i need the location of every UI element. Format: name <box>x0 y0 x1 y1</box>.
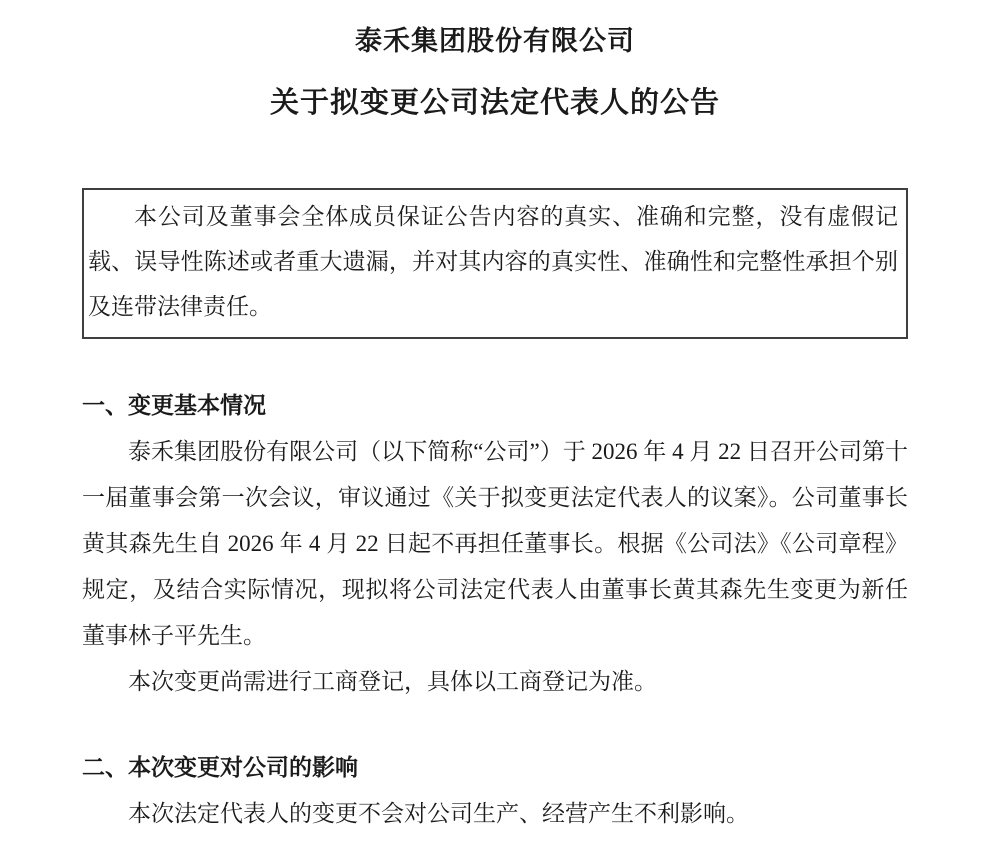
disclaimer-text: 本公司及董事会全体成员保证公告内容的真实、准确和完整，没有虚假记载、误导性陈述或… <box>88 194 898 329</box>
section-2-paragraph-1: 本次法定代表人的变更不会对公司生产、经营产生不利影响。 <box>82 791 908 837</box>
announcement-title: 关于拟变更公司法定代表人的公告 <box>82 82 908 124</box>
section-1-heading: 一、变更基本情况 <box>82 383 908 429</box>
section-impact: 二、本次变更对公司的影响 本次法定代表人的变更不会对公司生产、经营产生不利影响。 <box>82 745 908 837</box>
section-1-paragraph-2: 本次变更尚需进行工商登记，具体以工商登记为准。 <box>82 659 908 705</box>
section-2-heading: 二、本次变更对公司的影响 <box>82 745 908 791</box>
announcement-document: 泰禾集团股份有限公司 关于拟变更公司法定代表人的公告 本公司及董事会全体成员保证… <box>0 0 1000 841</box>
disclaimer-box: 本公司及董事会全体成员保证公告内容的真实、准确和完整，没有虚假记载、误导性陈述或… <box>82 188 908 339</box>
section-1-paragraph-1: 泰禾集团股份有限公司（以下简称“公司”）于 2026 年 4 月 22 日召开公… <box>82 429 908 659</box>
company-name-title: 泰禾集团股份有限公司 <box>82 22 908 60</box>
section-change-basics: 一、变更基本情况 泰禾集团股份有限公司（以下简称“公司”）于 2026 年 4 … <box>82 383 908 705</box>
